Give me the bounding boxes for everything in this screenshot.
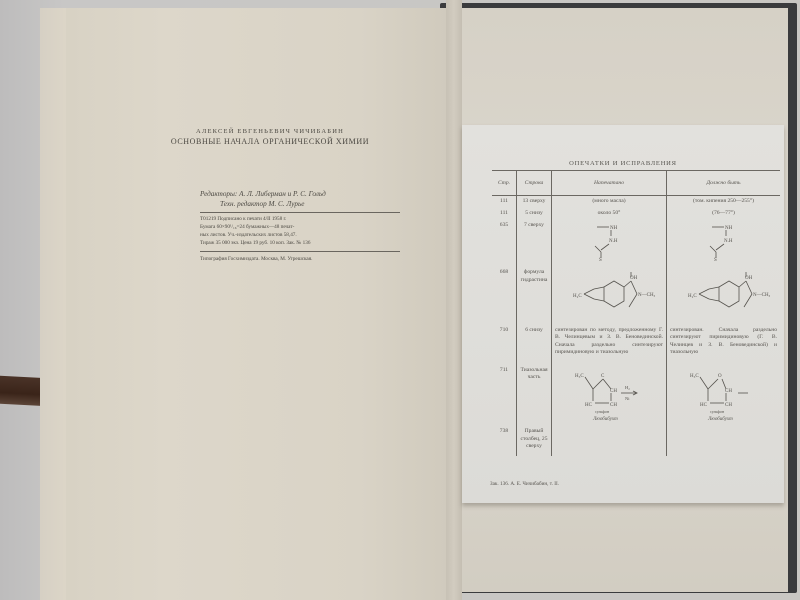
- book-title: ОСНОВНЫЕ НАЧАЛА ОРГАНИЧЕСКОЙ ХИМИИ: [140, 137, 400, 146]
- cell-page: 635: [492, 220, 517, 268]
- cell-should-be: (76—77°): [667, 208, 781, 220]
- svg-text:сульфон: сульфон: [710, 409, 725, 414]
- svg-text:сульфон: сульфон: [595, 409, 610, 414]
- publishing-line: Т01219 Подписано к печати 4/II 1958 г.: [200, 215, 400, 223]
- table-row: 635 7 сверху NHN.HS NHN.HS: [492, 220, 780, 268]
- column-header: Стр.: [492, 171, 517, 196]
- left-page: [66, 8, 458, 600]
- cell-should-be: [667, 426, 781, 456]
- svg-text:H₂C: H₂C: [573, 294, 582, 299]
- svg-text:OH: OH: [630, 276, 638, 281]
- table-row: 668 формула гидрастина H₂COHN—CH₃ H₂COHN…: [492, 267, 780, 325]
- svg-text:N.H: N.H: [609, 239, 618, 244]
- svg-text:OH: OH: [745, 276, 753, 281]
- cell-should-be: (том. кипения 250—255°): [667, 196, 781, 208]
- tech-editor-line: Техн. редактор М. С. Лурье: [140, 200, 400, 208]
- svg-text:HC: HC: [585, 403, 593, 408]
- svg-text:HC: HC: [700, 403, 708, 408]
- svg-text:CH: CH: [725, 403, 732, 408]
- cell-page: 668: [492, 267, 517, 325]
- svg-text:NH: NH: [610, 226, 618, 231]
- svg-text:CH: CH: [725, 389, 732, 394]
- chemical-structure-icon: H₃CCCHHCCHH₂NiсульфонЛюобибухт: [559, 367, 659, 421]
- svg-text:S: S: [714, 258, 717, 262]
- table-row: 111 13 сверху (много масла) (том. кипени…: [492, 196, 780, 208]
- errata-table: Стр. Строка Напечатано Должно быть 111 1…: [492, 170, 780, 456]
- cell-line: 7 сверху: [517, 220, 552, 268]
- imprint-block: АЛЕКСЕЙ ЕВГЕНЬЕВИЧ ЧИЧИБАБИН ОСНОВНЫЕ НА…: [140, 128, 400, 262]
- table-row: 710 6 снизу синтезирован по методу, пред…: [492, 325, 780, 365]
- errata-footer: Зак. 136. А. Е. Чичибабин, т. II.: [490, 481, 559, 487]
- errata-heading: ОПЕЧАТКИ И ИСПРАВЛЕНИЯ: [462, 160, 784, 167]
- cell-printed-formula: H₂COHN—CH₃: [552, 267, 667, 325]
- publishing-details: Т01219 Подписано к печати 4/II 1958 г. Б…: [140, 215, 400, 247]
- chemical-structure-icon: H₂COHN—CH₃: [674, 269, 774, 319]
- printer-line: Типография Госхимиздата. Москва, М. Угре…: [140, 256, 400, 262]
- svg-text:CH: CH: [610, 403, 617, 408]
- cell-line: 6 снизу: [517, 325, 552, 365]
- cell-line: формула гидрастина: [517, 267, 552, 325]
- publishing-line: Тираж 35 000 экз. Цена 19 руб. 10 коп. З…: [200, 239, 400, 247]
- cell-page: 111: [492, 208, 517, 220]
- cell-printed: синтезирован по методу, предложенному Г.…: [552, 325, 667, 365]
- publishing-line: Бумага 60×90¹/₁₆=24 бумажных—48 печат-: [200, 223, 400, 231]
- cell-printed-formula: H₃CCCHHCCHH₂NiсульфонЛюобибухт: [552, 365, 667, 427]
- table-row: 738 Правый столбец, 25 сверху: [492, 426, 780, 456]
- svg-text:NH: NH: [725, 226, 733, 231]
- author-name: АЛЕКСЕЙ ЕВГЕНЬЕВИЧ ЧИЧИБАБИН: [140, 128, 400, 135]
- publishing-line: ных листов. Уч.-издательских листов 58,4…: [200, 231, 400, 239]
- chemical-structure-icon: H₂COHN—CH₃: [559, 269, 659, 319]
- cell-printed: [552, 426, 667, 456]
- cell-page: 710: [492, 325, 517, 365]
- cell-printed: (много масла): [552, 196, 667, 208]
- column-header: Должно быть: [667, 171, 781, 196]
- svg-text:C: C: [601, 374, 605, 379]
- cell-page: 711: [492, 365, 517, 427]
- column-header: Строка: [517, 171, 552, 196]
- cell-should-be-formula: NHN.HS: [667, 220, 781, 268]
- cell-line: Правый столбец, 25 сверху: [517, 426, 552, 456]
- cell-page: 111: [492, 196, 517, 208]
- cell-should-be-formula: H₂COHN—CH₃: [667, 267, 781, 325]
- column-header: Напечатано: [552, 171, 667, 196]
- svg-text:O: O: [718, 374, 722, 379]
- cell-page: 738: [492, 426, 517, 456]
- svg-text:H₂C: H₂C: [688, 294, 697, 299]
- editors-line: Редакторы: А. Л. Либерман и Р. С. Гольд: [140, 190, 400, 198]
- errata-slip: ОПЕЧАТКИ И ИСПРАВЛЕНИЯ Стр. Строка Напеч…: [462, 125, 784, 503]
- svg-text:N—CH₃: N—CH₃: [753, 293, 771, 298]
- svg-text:H₂: H₂: [625, 385, 630, 390]
- svg-text:N.H: N.H: [724, 239, 733, 244]
- svg-text:N—CH₃: N—CH₃: [638, 293, 656, 298]
- svg-text:Люобибухт: Люобибухт: [592, 417, 618, 421]
- svg-text:Ni: Ni: [625, 396, 630, 401]
- chemical-structure-icon: NHN.HS: [579, 222, 639, 262]
- divider: [200, 212, 400, 213]
- cell-should-be-formula: H₃COCHHCCHсульфонЛюобибухт: [667, 365, 781, 427]
- table-row: 711 Тиазольная часть H₃CCCHHCCHH₂Niсульф…: [492, 365, 780, 427]
- svg-text:H₃C: H₃C: [690, 374, 699, 379]
- cell-printed-formula: NHN.HS: [552, 220, 667, 268]
- table-row: 111 5 снизу около 50° (76—77°): [492, 208, 780, 220]
- svg-text:Люобибухт: Люобибухт: [707, 417, 733, 421]
- book-gutter: [446, 0, 462, 600]
- cell-line: 5 снизу: [517, 208, 552, 220]
- chemical-structure-icon: NHN.HS: [694, 222, 754, 262]
- chemical-structure-icon: H₃COCHHCCHсульфонЛюобибухт: [674, 367, 774, 421]
- svg-text:H₃C: H₃C: [575, 374, 584, 379]
- svg-text:S: S: [599, 258, 602, 262]
- divider: [200, 251, 400, 252]
- cell-line: Тиазольная часть: [517, 365, 552, 427]
- svg-text:CH: CH: [610, 389, 617, 394]
- cell-printed: около 50°: [552, 208, 667, 220]
- cell-should-be: синтезирован. Сначала раздельно синтезир…: [667, 325, 781, 365]
- cell-line: 13 сверху: [517, 196, 552, 208]
